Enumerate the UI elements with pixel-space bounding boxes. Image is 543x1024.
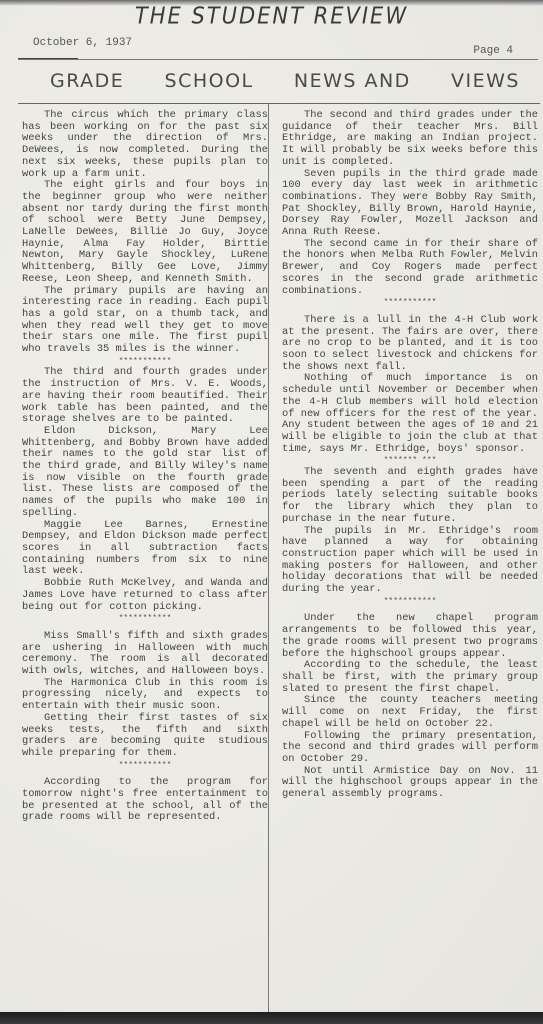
article-paragraph: Maggie Lee Barnes, Ernestine Dempsey, an… (22, 520, 268, 579)
article-paragraph: According to the program for tomorrow ni… (22, 777, 268, 824)
asterisk-separator: *********** (22, 760, 268, 772)
article-paragraph: The second and third grades under the gu… (282, 110, 538, 169)
article-paragraph: According to the schedule, the least sha… (282, 660, 538, 695)
section-title-word: VIEWS (451, 70, 520, 92)
article-paragraph: Seven pupils in the third grade made 100… (282, 169, 538, 239)
asterisk-separator: *********** (282, 297, 538, 309)
article-paragraph: The Harmonica Club in this room is progr… (22, 678, 268, 713)
article-paragraph: Bobbie Ruth McKelvey, and Wanda and Jame… (22, 578, 268, 613)
article-paragraph: The third and fourth grades under the in… (22, 367, 268, 426)
article-paragraph: Miss Small's fifth and sixth grades are … (22, 631, 268, 678)
left-column: The circus which the primary class has b… (22, 110, 268, 824)
newspaper-page: THE STUDENT REVIEW October 6, 1937 Page … (0, 0, 543, 1012)
article-paragraph: The second came in for their share of th… (282, 239, 538, 298)
header-rule (18, 59, 538, 60)
section-rule (18, 103, 540, 104)
article-paragraph: Not until Armistice Day on Nov. 11 will … (282, 766, 538, 801)
article-paragraph: Eldon Dickson, Mary Lee Whittenberg, and… (22, 426, 268, 520)
article-paragraph: The pupils in Mr. Ethridge's room have p… (282, 526, 538, 596)
right-column: The second and third grades under the gu… (282, 110, 538, 801)
column-divider (268, 104, 269, 1012)
article-paragraph: Following the primary presentation, the … (282, 731, 538, 766)
asterisk-separator: *********** (22, 613, 268, 625)
scan-background-edge (0, 1012, 543, 1024)
article-paragraph: The circus which the primary class has b… (22, 110, 268, 180)
section-title-word: SCHOOL (165, 70, 254, 92)
article-paragraph: Getting their first tastes of six weeks … (22, 713, 268, 760)
section-title-word: NEWS AND (294, 70, 411, 92)
section-title: GRADE SCHOOL NEWS AND VIEWS (50, 70, 520, 92)
article-paragraph: The eight girls and four boys in the beg… (22, 180, 268, 285)
article-paragraph: Under the new chapel program arrangement… (282, 613, 538, 660)
masthead-title: THE STUDENT REVIEW (0, 3, 543, 29)
section-title-word: GRADE (50, 70, 124, 92)
asterisk-separator: *********** (282, 596, 538, 608)
article-paragraph: Since the county teachers meeting will c… (282, 695, 538, 730)
issue-date: October 6, 1937 (33, 37, 132, 49)
article-paragraph: The primary pupils are having an interes… (22, 286, 268, 356)
article-paragraph: The seventh and eighth grades have been … (282, 467, 538, 526)
page-number: Page 4 (473, 45, 513, 57)
article-paragraph: Nothing of much importance is on schedul… (282, 373, 538, 455)
article-paragraph: There is a lull in the 4-H Club work at … (282, 315, 538, 374)
